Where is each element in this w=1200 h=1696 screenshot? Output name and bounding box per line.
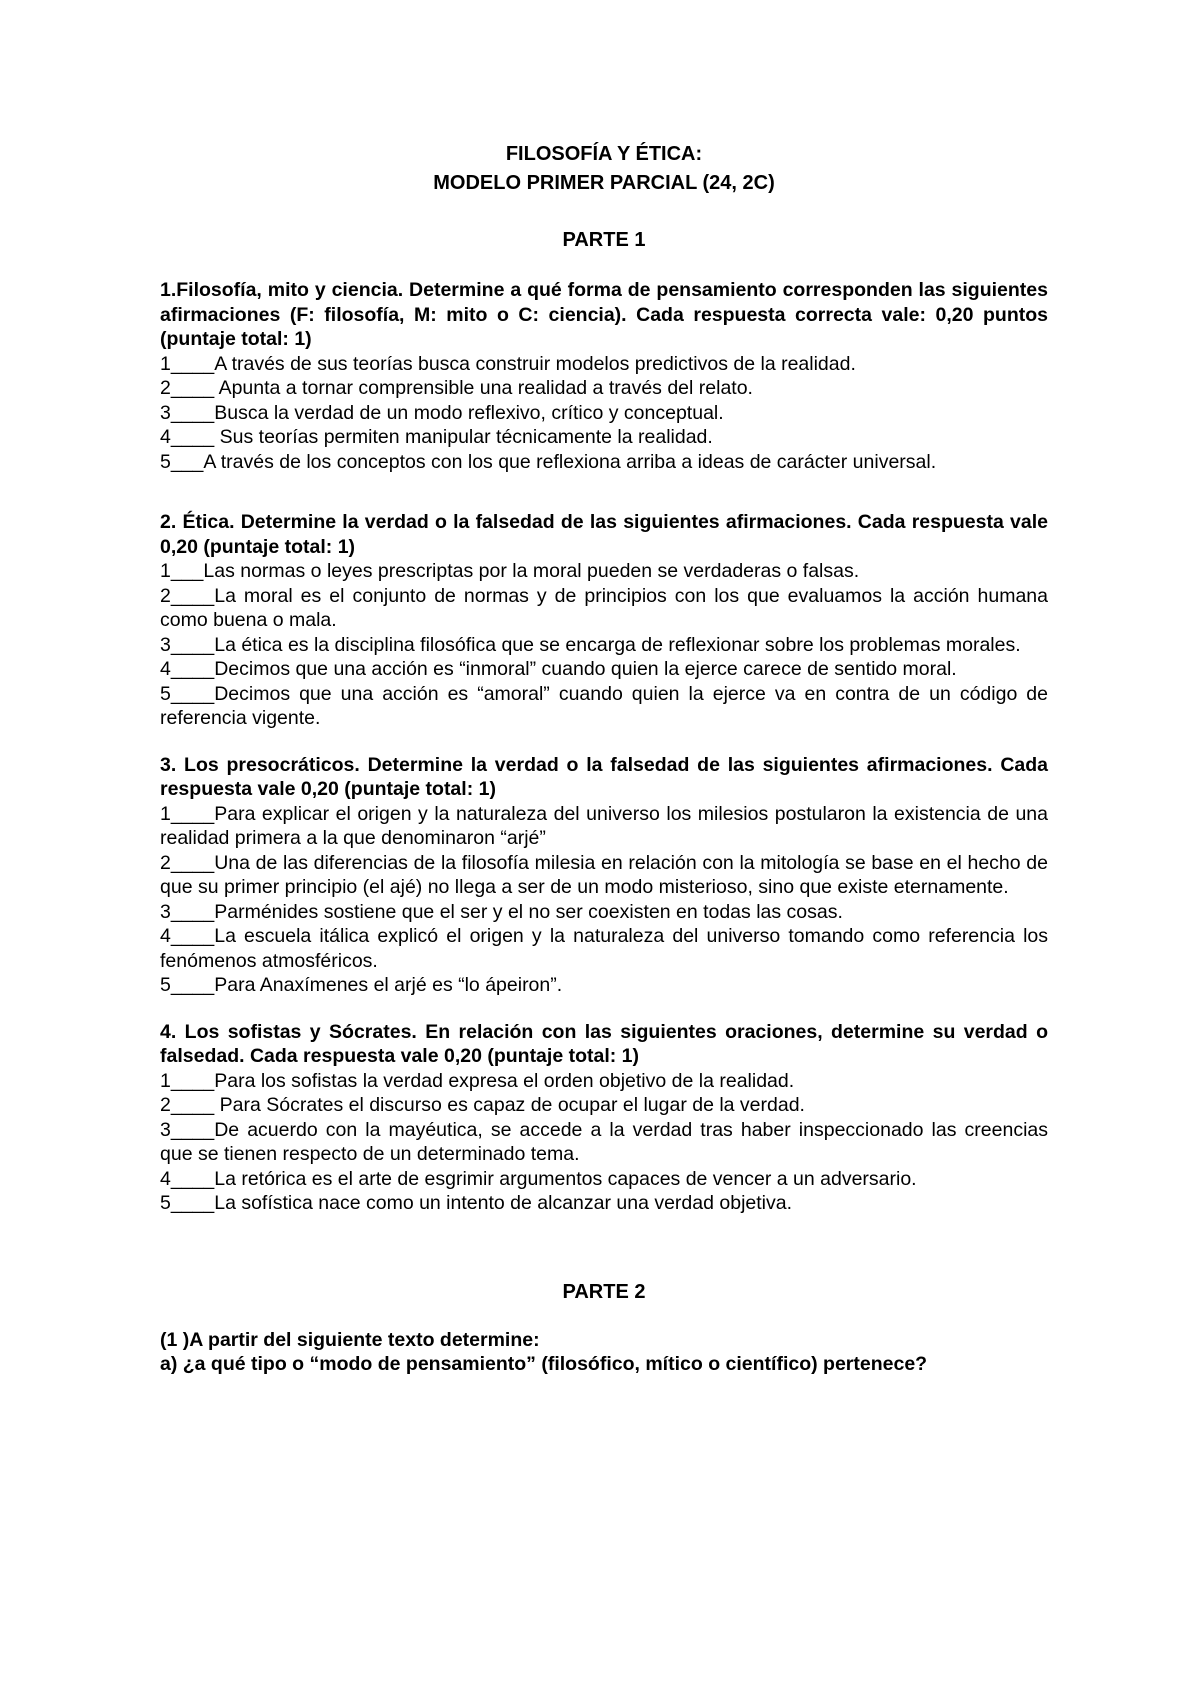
- section-4-heading: 4. Los sofistas y Sócrates. En relación …: [160, 1020, 1048, 1069]
- section-4-item-4: 4____La retórica es el arte de esgrimir …: [160, 1167, 1048, 1192]
- section-4-item-1: 1____Para los sofistas la verdad expresa…: [160, 1069, 1048, 1094]
- part2-question-block: (1 )A partir del siguiente texto determi…: [160, 1328, 1048, 1377]
- section-4-item-5: 5____La sofística nace como un intento d…: [160, 1191, 1048, 1216]
- section-2-heading: 2. Ética. Determine la verdad o la false…: [160, 510, 1048, 559]
- section-3-item-1: 1____Para explicar el origen y la natura…: [160, 802, 1048, 851]
- section-2-item-4: 4____Decimos que una acción es “inmoral”…: [160, 657, 1048, 682]
- section-1-item-1: 1____A través de sus teorías busca const…: [160, 352, 1048, 377]
- section-3-item-3: 3____Parménides sostiene que el ser y el…: [160, 900, 1048, 925]
- section-presocratics: 3. Los presocráticos. Determine la verda…: [160, 753, 1048, 998]
- section-4-item-3: 3____De acuerdo con la mayéutica, se acc…: [160, 1118, 1048, 1167]
- section-1-item-3: 3____Busca la verdad de un modo reflexiv…: [160, 401, 1048, 426]
- part1-heading: PARTE 1: [160, 228, 1048, 252]
- section-2-item-1: 1___Las normas o leyes prescriptas por l…: [160, 559, 1048, 584]
- section-2-item-5: 5____Decimos que una acción es “amoral” …: [160, 682, 1048, 731]
- section-2-item-3: 3____La ética es la disciplina filosófic…: [160, 633, 1048, 658]
- section-philosophy-myth-science: 1.Filosofía, mito y ciencia. Determine a…: [160, 278, 1048, 474]
- section-3-heading: 3. Los presocráticos. Determine la verda…: [160, 753, 1048, 802]
- document-page: FILOSOFÍA Y ÉTICA: MODELO PRIMER PARCIAL…: [0, 0, 1200, 1696]
- section-1-heading: 1.Filosofía, mito y ciencia. Determine a…: [160, 278, 1048, 352]
- section-3-item-4: 4____La escuela itálica explicó el orige…: [160, 924, 1048, 973]
- section-1-item-4: 4____ Sus teorías permiten manipular téc…: [160, 425, 1048, 450]
- section-ethics: 2. Ética. Determine la verdad o la false…: [160, 510, 1048, 731]
- section-sophists-socrates: 4. Los sofistas y Sócrates. En relación …: [160, 1020, 1048, 1216]
- section-1-item-5: 5___A través de los conceptos con los qu…: [160, 450, 1048, 475]
- title-line-1: FILOSOFÍA Y ÉTICA:: [160, 140, 1048, 169]
- section-4-item-2: 2____ Para Sócrates el discurso es capaz…: [160, 1093, 1048, 1118]
- section-1-item-2: 2____ Apunta a tornar comprensible una r…: [160, 376, 1048, 401]
- section-3-item-5: 5____Para Anaxímenes el arjé es “lo ápei…: [160, 973, 1048, 998]
- section-3-item-2: 2____Una de las diferencias de la filoso…: [160, 851, 1048, 900]
- part2-heading: PARTE 2: [160, 1280, 1048, 1304]
- section-2-item-2: 2____La moral es el conjunto de normas y…: [160, 584, 1048, 633]
- document-title: FILOSOFÍA Y ÉTICA: MODELO PRIMER PARCIAL…: [160, 140, 1048, 198]
- title-line-2: MODELO PRIMER PARCIAL (24, 2C): [160, 169, 1048, 198]
- part2-intro: (1 )A partir del siguiente texto determi…: [160, 1328, 1048, 1353]
- part2-question-a: a) ¿a qué tipo o “modo de pensamiento” (…: [160, 1352, 1048, 1377]
